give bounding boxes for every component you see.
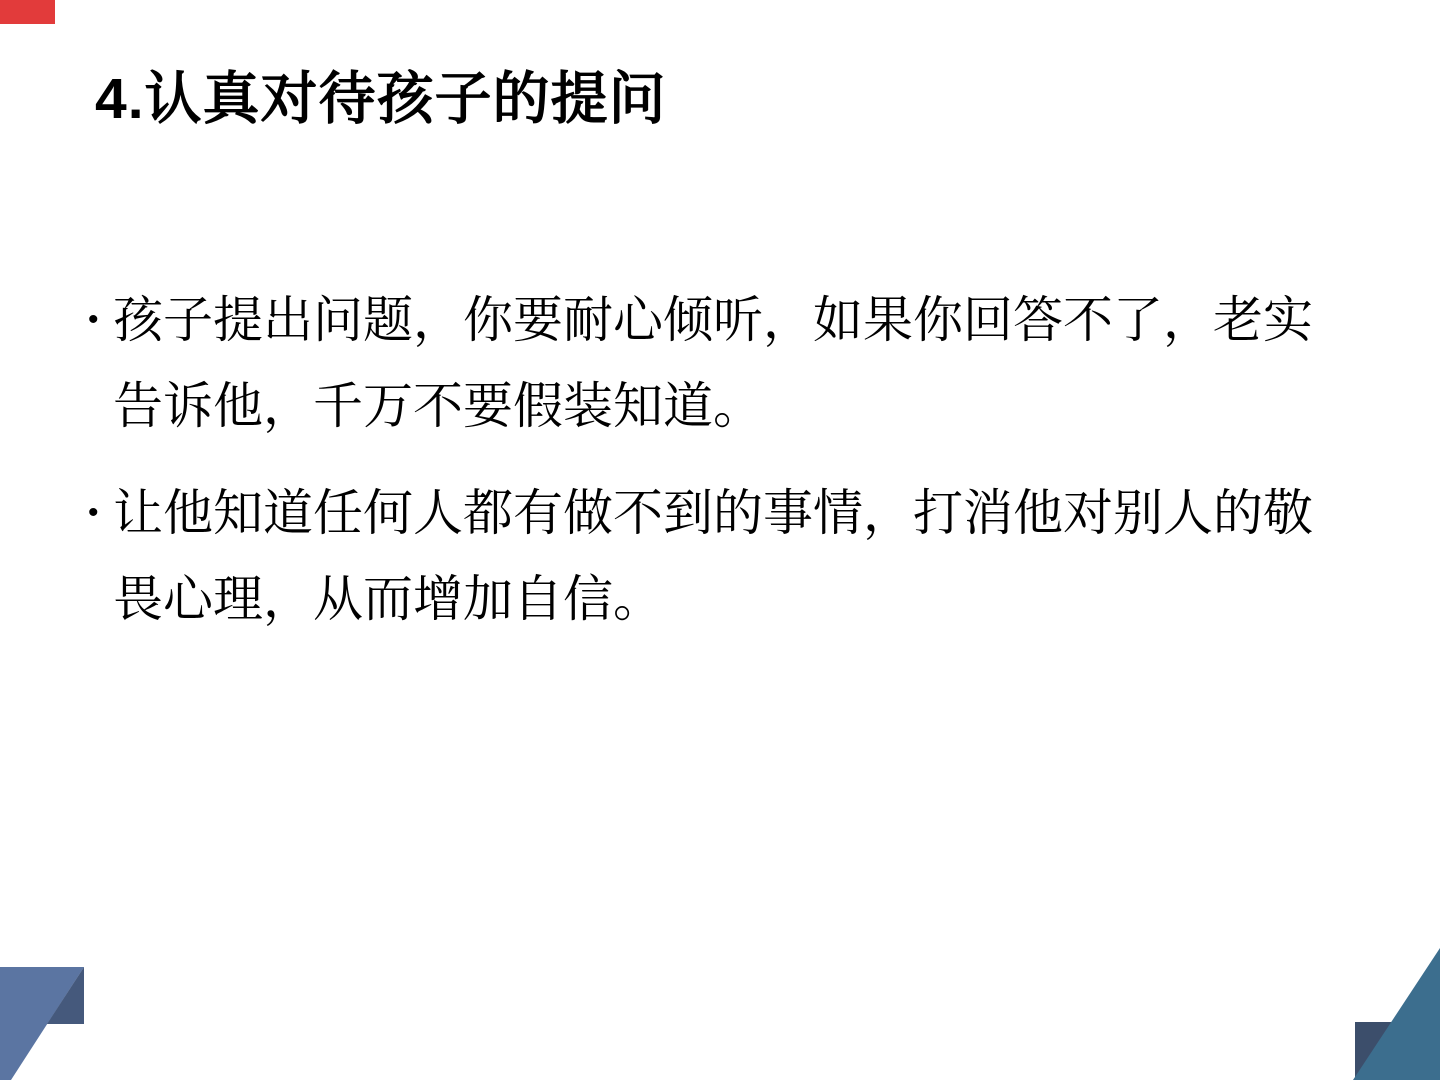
bottom-right-teal-triangle — [1353, 948, 1440, 1080]
bottom-right-corner-decoration — [1350, 948, 1440, 1080]
red-accent-rect — [0, 0, 55, 24]
bullet-item: • 让他知道任何人都有做不到的事情，打消他对别人的敬 畏心理，从而增加自信。 — [88, 470, 1373, 642]
bullet-text-line: 告诉他，千万不要假装知道。 — [113, 363, 1373, 449]
bullet-item: • 孩子提出问题，你要耐心倾听，如果你回答不了，老实 告诉他，千万不要假装知道。 — [88, 277, 1373, 449]
presentation-slide: 4.认真对待孩子的提问 • 孩子提出问题，你要耐心倾听，如果你回答不了，老实 告… — [0, 0, 1440, 1080]
bullet-marker-icon: • — [88, 470, 113, 556]
bullet-text-line: 畏心理，从而增加自信。 — [113, 556, 1373, 642]
top-left-red-accent — [0, 0, 55, 24]
slide-title: 4.认真对待孩子的提问 — [95, 64, 667, 135]
bottom-left-corner-decoration — [0, 965, 90, 1080]
bullet-marker-icon: • — [88, 277, 113, 363]
bullet-text-line: 让他知道任何人都有做不到的事情，打消他对别人的敬 — [113, 470, 1373, 556]
bullet-text-line: 孩子提出问题，你要耐心倾听，如果你回答不了，老实 — [113, 277, 1373, 363]
bullet-list: • 孩子提出问题，你要耐心倾听，如果你回答不了，老实 告诉他，千万不要假装知道。… — [88, 277, 1373, 663]
